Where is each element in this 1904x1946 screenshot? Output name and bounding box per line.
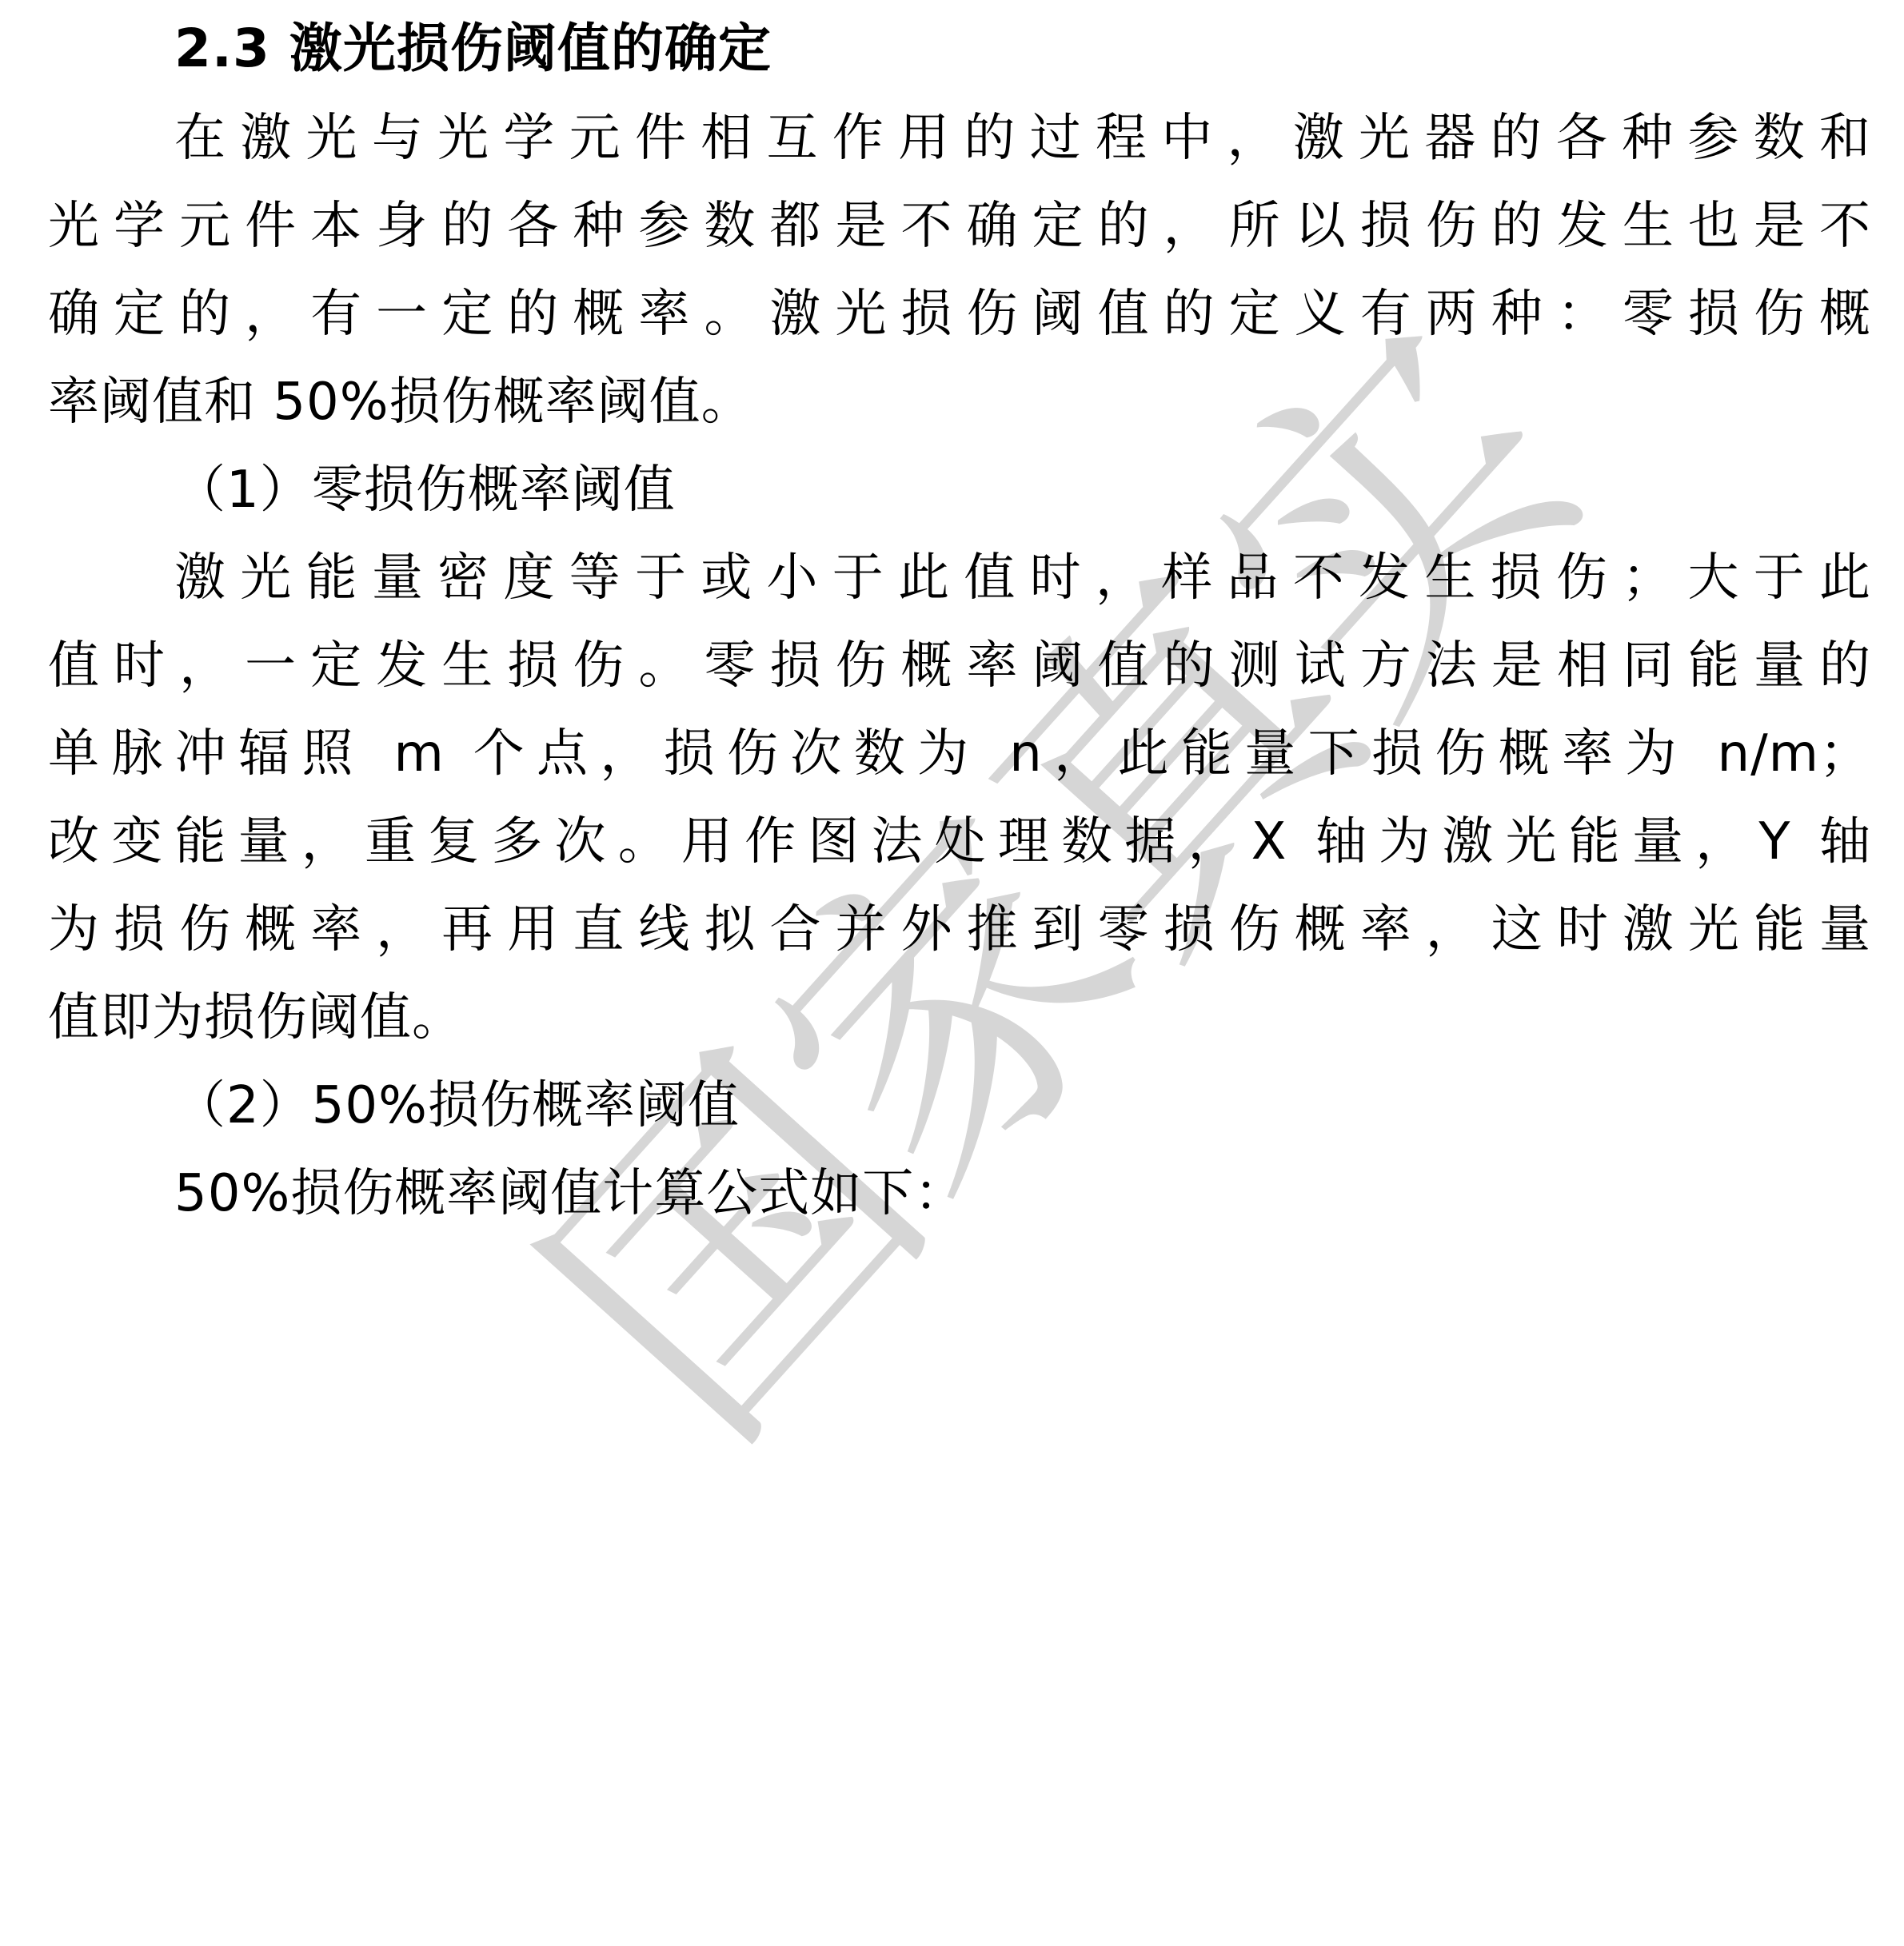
paragraph-line: 率阈值和 50%损伤概率阈值。 <box>48 358 1871 446</box>
subheading-zero-probability: （1）零损伤概率阈值 <box>174 446 1904 534</box>
paragraph-line: 确定的，有一定的概率。激光损伤阈值的定义有两种：零损伤概 <box>48 270 1871 358</box>
paragraph-line: 为损伤概率，再用直线拟合并外推到零损伤概率，这时激光能量 <box>48 886 1871 974</box>
paragraph-line: 光学元件本身的各种参数都是不确定的，所以损伤的发生也是不 <box>48 182 1871 270</box>
paragraph-line: 单脉冲辐照 m 个点，损伤次数为 n，此能量下损伤概率为 n/m； <box>48 710 1871 798</box>
paragraph-line: 在激光与光学元件相互作用的过程中，激光器的各种参数和 <box>174 94 1871 182</box>
paragraph-line: 值时，一定发生损伤。零损伤概率阈值的测试方法是相同能量的 <box>48 622 1871 710</box>
paragraph-line: 激光能量密度等于或小于此值时，样品不发生损伤；大于此 <box>174 534 1871 622</box>
subheading-50-percent-probability: （2）50%损伤概率阈值 <box>174 1062 1904 1150</box>
paragraph-line: 50%损伤概率阈值计算公式如下： <box>174 1150 1904 1238</box>
paragraph-line: 值即为损伤阈值。 <box>48 974 1871 1062</box>
section-title: 2.3 激光损伤阈值的确定 <box>174 5 1904 93</box>
document-page: 国家真实 2.3 激光损伤阈值的确定 在激光与光学元件相互作用的过程中，激光器的… <box>0 0 1904 1946</box>
paragraph-line: 改变能量，重复多次。用作图法处理数据，X 轴为激光能量，Y 轴 <box>48 798 1871 886</box>
